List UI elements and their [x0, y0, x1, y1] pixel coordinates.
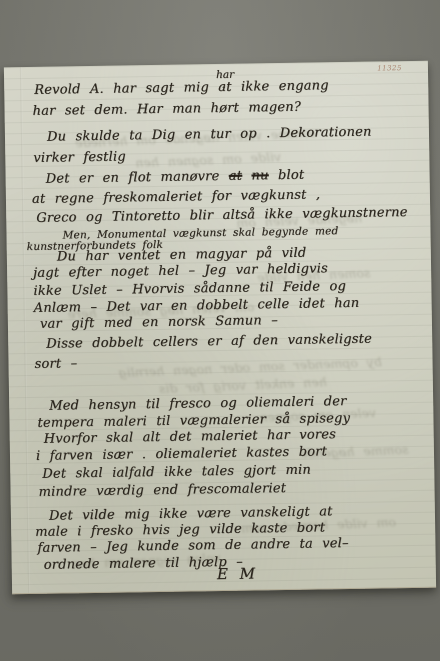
letter-line: farven – Jeg kunde som de andre ta vel– — [37, 537, 348, 556]
letter-line: mindre værdig end frescomaleriet — [38, 482, 286, 500]
letter-line: var gift med en norsk Samun – — [40, 314, 278, 332]
letter-page: 11325 somme velen høgende om hernede vil… — [4, 61, 436, 595]
paper-crease — [20, 67, 30, 593]
signature-initials: E M — [217, 564, 255, 583]
struck-word: nu — [251, 168, 268, 183]
letter-line: Anlæm – Det var en dobbelt celle idet ha… — [34, 297, 360, 316]
letter-line: Disse dobbelt cellers er af den vanskeli… — [46, 333, 372, 352]
letter-line: virker festlig — [33, 150, 126, 165]
photo-background: 11325 somme velen høgende om hernede vil… — [0, 0, 440, 661]
letter-line: Revold A. har sagt mig at ikke engang — [34, 79, 329, 98]
letter-line: Greco og Tintoretto blir altså ikke vægk… — [36, 206, 408, 226]
letter-line: Det er en flot manøvre at nu blot — [46, 169, 305, 187]
ink-bleedthrough: hen enkelt vorig for dis — [159, 374, 327, 396]
letter-line: ordnede malere til hjælp – — [44, 556, 243, 573]
struck-word: at — [229, 169, 243, 184]
line-text: blot — [269, 168, 305, 184]
ink-bleedthrough: by opmender som oder nogen hernlig — [118, 354, 382, 380]
line-text — [242, 168, 252, 183]
insertion-caret: ‸ — [222, 79, 225, 89]
letter-line: jagt efter noget hel – Jeg var heldigvis — [33, 262, 328, 281]
archive-number: 11325 — [377, 64, 402, 72]
letter-line: har set dem. Har man hørt magen? — [32, 101, 301, 119]
letter-line: sort – — [34, 357, 77, 372]
letter-line: i farven især . oliemaleriet kastes bort — [36, 445, 327, 464]
line-text: Det er en flot manøvre — [46, 169, 229, 187]
ink-bleedthrough: vilde om sognen hen — [135, 149, 281, 170]
letter-line: Du skulde ta Dig en tur op . Dekoratione… — [47, 126, 372, 145]
letter-line: at regne freskomaleriet for vægkunst , — [32, 188, 320, 207]
letter-line: Det skal ialfald ikke tales gjort min — [42, 464, 311, 482]
